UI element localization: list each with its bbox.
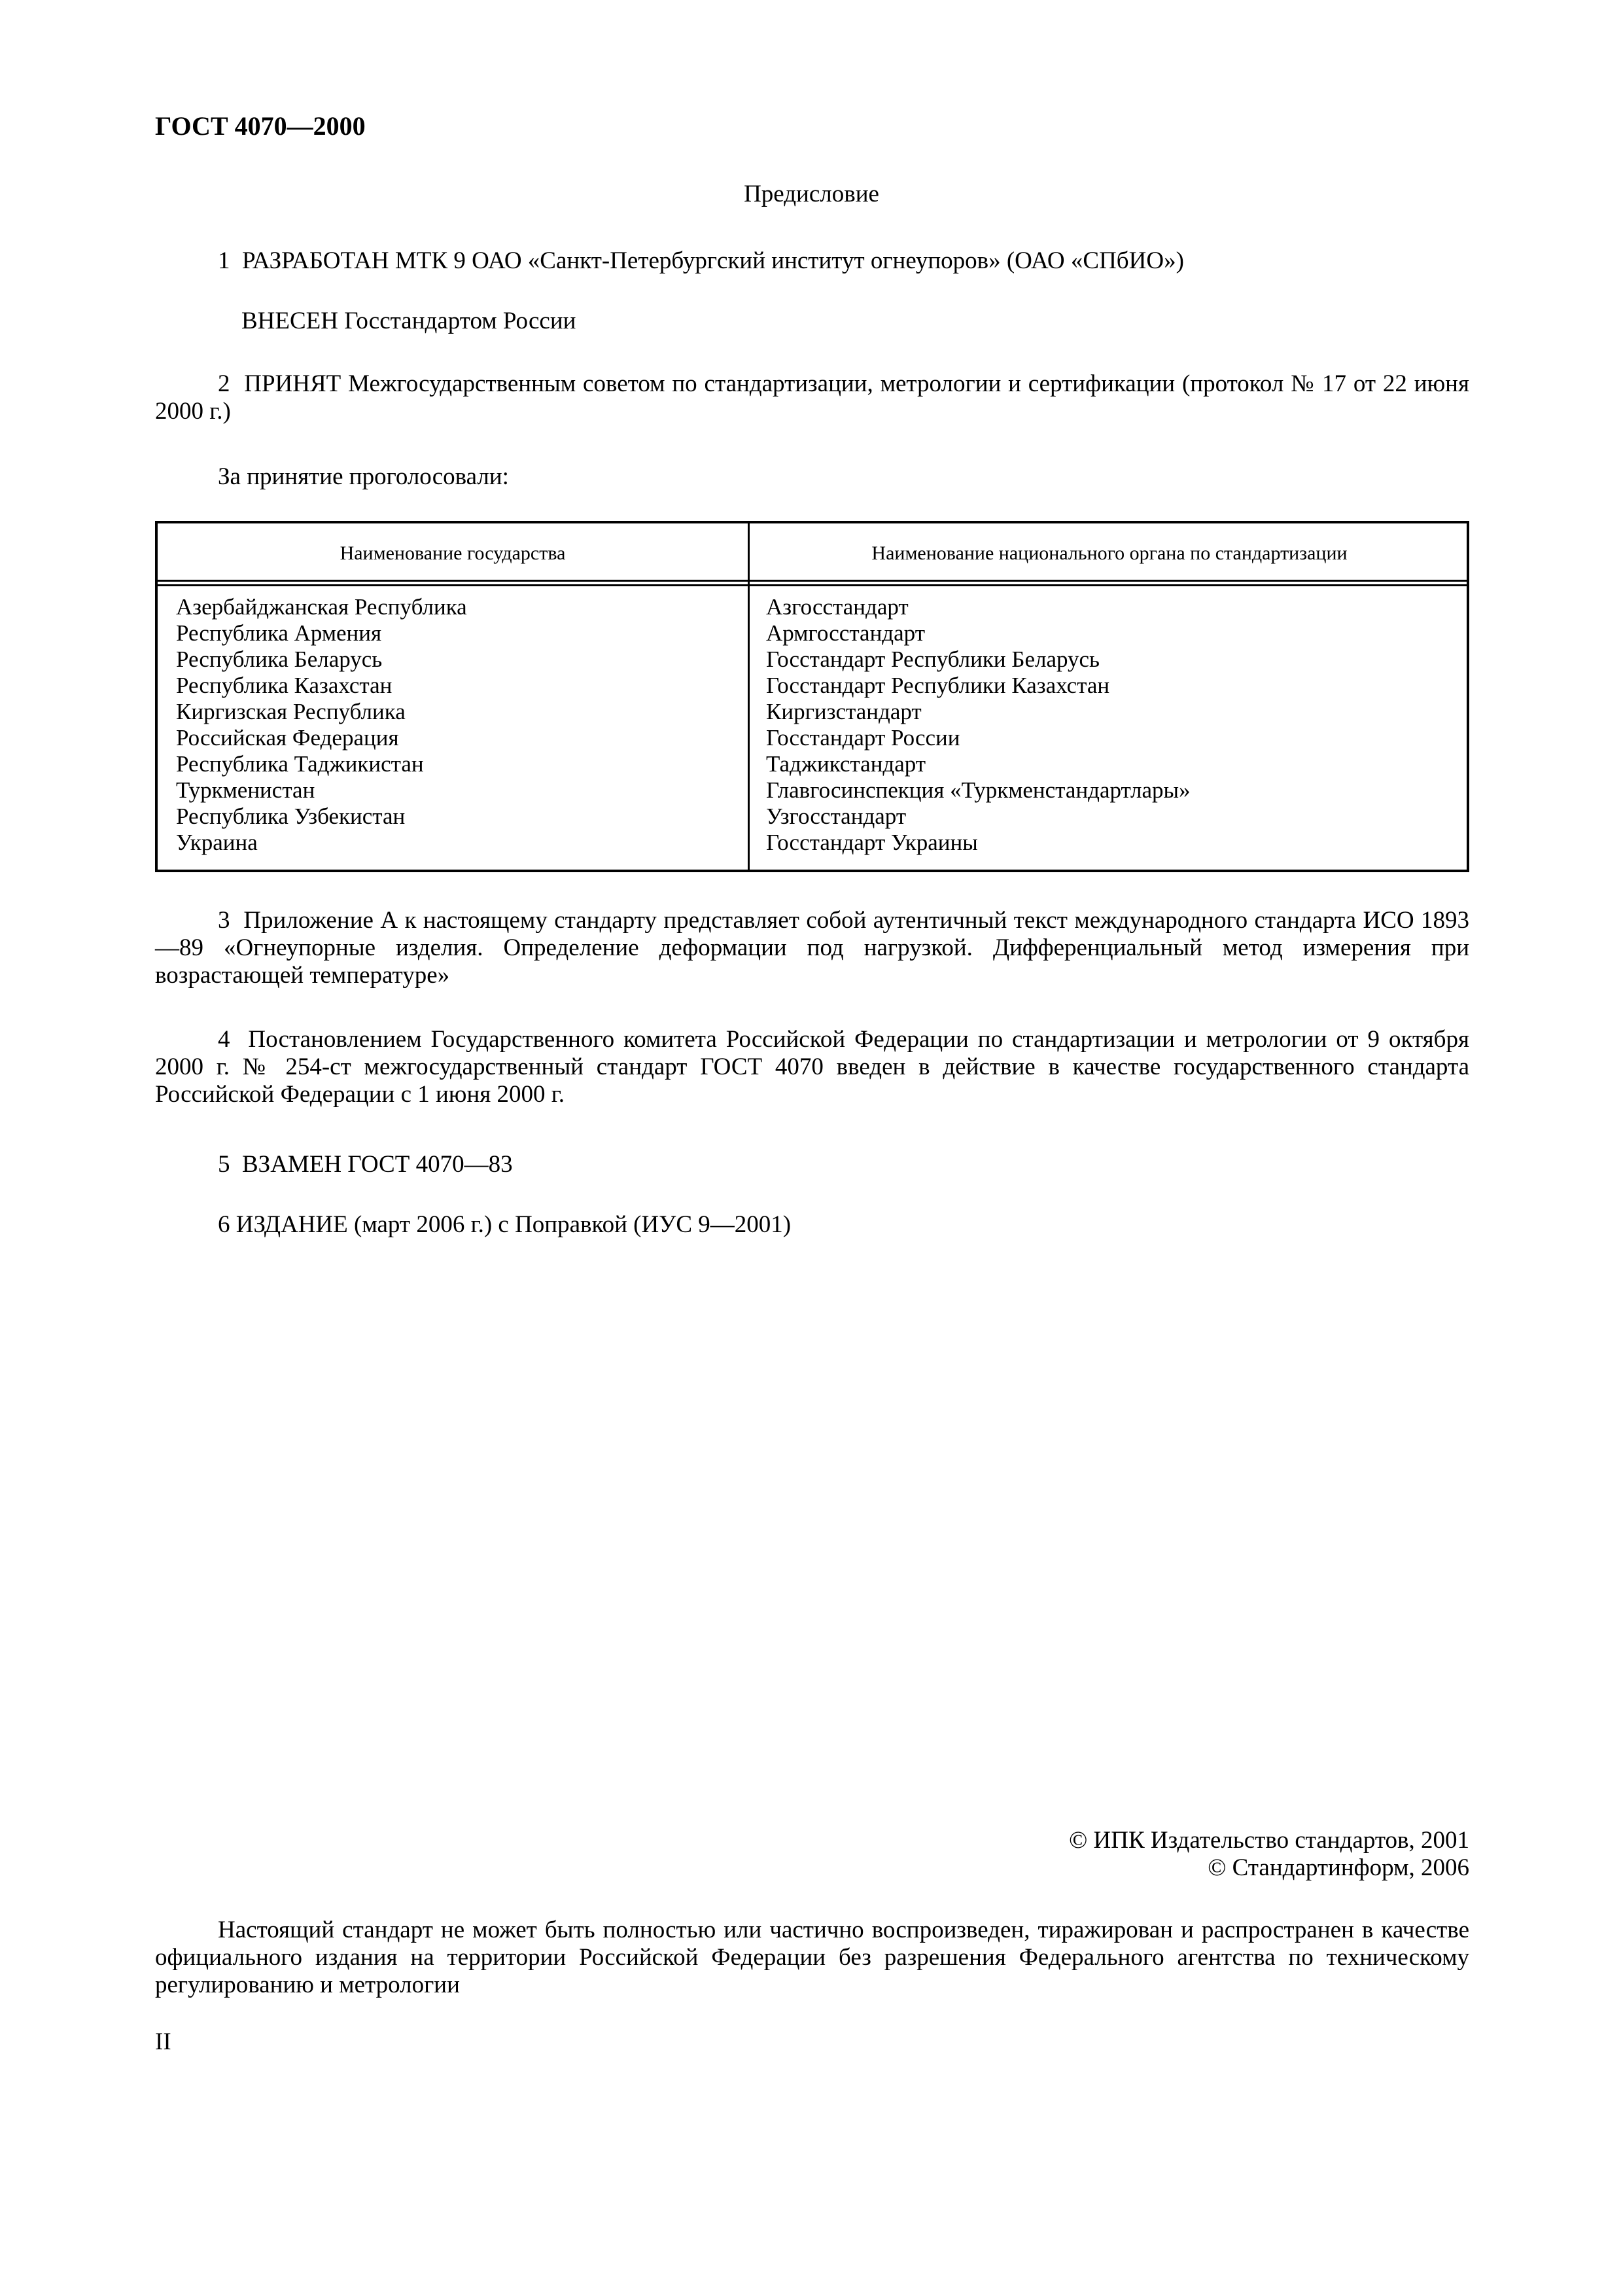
item-number: 5 xyxy=(218,1151,230,1178)
table-cell-body: Госстандарт Республики Беларусь xyxy=(766,646,1191,673)
item-text: Межгосударственным советом по стандартиз… xyxy=(155,370,1469,425)
preface-item-3: 3 Приложение А к настоящему стандарту пр… xyxy=(155,907,1469,989)
item-keyword: ПРИНЯТ xyxy=(244,370,341,397)
header-rule xyxy=(158,580,1467,582)
item-text: (март 2006 г.) с Поправкой (ИУС 9—2001) xyxy=(354,1211,791,1238)
item-number: 6 xyxy=(218,1211,230,1238)
preface-item-5: 5 ВЗАМЕН ГОСТ 4070—83 xyxy=(155,1151,1469,1178)
item-text: Госстандартом России xyxy=(344,308,576,334)
table-cell-body: Таджикстандарт xyxy=(766,751,1191,777)
item-text: Приложение А к настоящему стандарту пред… xyxy=(155,907,1469,989)
column-divider xyxy=(748,523,750,870)
table-cell-body: Госстандарт России xyxy=(766,725,1191,751)
table-cell-body: Киргизстандарт xyxy=(766,699,1191,725)
preface-item-4: 4 Постановлением Государственного комите… xyxy=(155,1026,1469,1108)
table-cell-body: Госстандарт Республики Казахстан xyxy=(766,673,1191,699)
table-cell-state: Республика Беларусь xyxy=(176,646,467,673)
table-cell-body: Главгосинспекция «Туркменстандартлары» xyxy=(766,777,1191,804)
item-text: Постановлением Государственного комитета… xyxy=(155,1026,1469,1108)
table-cell-state: Украина xyxy=(176,830,467,856)
body-column: Азгосстандарт Армгосстандарт Госстандарт… xyxy=(766,594,1191,856)
item-keyword: ВНЕСЕН xyxy=(241,308,338,334)
item-text: ГОСТ 4070—83 xyxy=(347,1151,512,1178)
table-cell-body: Узгосстандарт xyxy=(766,804,1191,830)
item-text: МТК 9 ОАО «Санкт-Петербургский институт … xyxy=(395,247,1184,274)
item-keyword: ИЗДАНИЕ xyxy=(236,1211,348,1238)
item-keyword: ВЗАМЕН xyxy=(242,1151,341,1178)
item-number: 4 xyxy=(218,1026,230,1053)
voting-table: Наименование государства Наименование на… xyxy=(155,521,1469,872)
state-column: Азербайджанская Республика Республика Ар… xyxy=(176,594,467,856)
header-rule xyxy=(158,584,1467,586)
table-cell-state: Киргизская Республика xyxy=(176,699,467,725)
item-number: 3 xyxy=(218,907,230,934)
preface-item-1: 1 РАЗРАБОТАН МТК 9 ОАО «Санкт-Петербургс… xyxy=(155,247,1469,275)
column-header-state: Наименование государства xyxy=(158,542,748,565)
item-number: 1 xyxy=(218,247,230,274)
item-keyword: РАЗРАБОТАН xyxy=(242,247,389,274)
preface-item-1b: ВНЕСЕН Госстандартом России xyxy=(155,308,1469,335)
preface-item-2: 2 ПРИНЯТ Межгосударственным советом по с… xyxy=(155,370,1469,425)
table-cell-state: Республика Узбекистан xyxy=(176,804,467,830)
reproduction-notice: Настоящий стандарт не может быть полност… xyxy=(155,1916,1469,1999)
table-cell-body: Госстандарт Украины xyxy=(766,830,1191,856)
copyright-line: © ИПК Издательство стандартов, 2001 xyxy=(1069,1827,1469,1854)
table-cell-state: Республика Таджикистан xyxy=(176,751,467,777)
table-cell-body: Армгосстандарт xyxy=(766,620,1191,646)
table-cell-state: Туркменистан xyxy=(176,777,467,804)
copyright-line: © Стандартинформ, 2006 xyxy=(1069,1854,1469,1882)
voted-label: За принятие проголосовали: xyxy=(155,463,1469,491)
table-cell-state: Республика Армения xyxy=(176,620,467,646)
table-cell-body: Азгосстандарт xyxy=(766,594,1191,620)
preface-item-6: 6 ИЗДАНИЕ (март 2006 г.) с Поправкой (ИУ… xyxy=(155,1211,1469,1239)
preface-title: Предисловие xyxy=(0,181,1623,208)
item-number: 2 xyxy=(218,370,230,397)
table-cell-state: Азербайджанская Республика xyxy=(176,594,467,620)
table-cell-state: Российская Федерация xyxy=(176,725,467,751)
page-number: II xyxy=(155,2028,171,2056)
document-code: ГОСТ 4070—2000 xyxy=(155,113,366,140)
table-cell-state: Республика Казахстан xyxy=(176,673,467,699)
copyright-block: © ИПК Издательство стандартов, 2001 © Ст… xyxy=(1069,1827,1469,1882)
column-header-body: Наименование национального органа по ста… xyxy=(750,542,1469,565)
